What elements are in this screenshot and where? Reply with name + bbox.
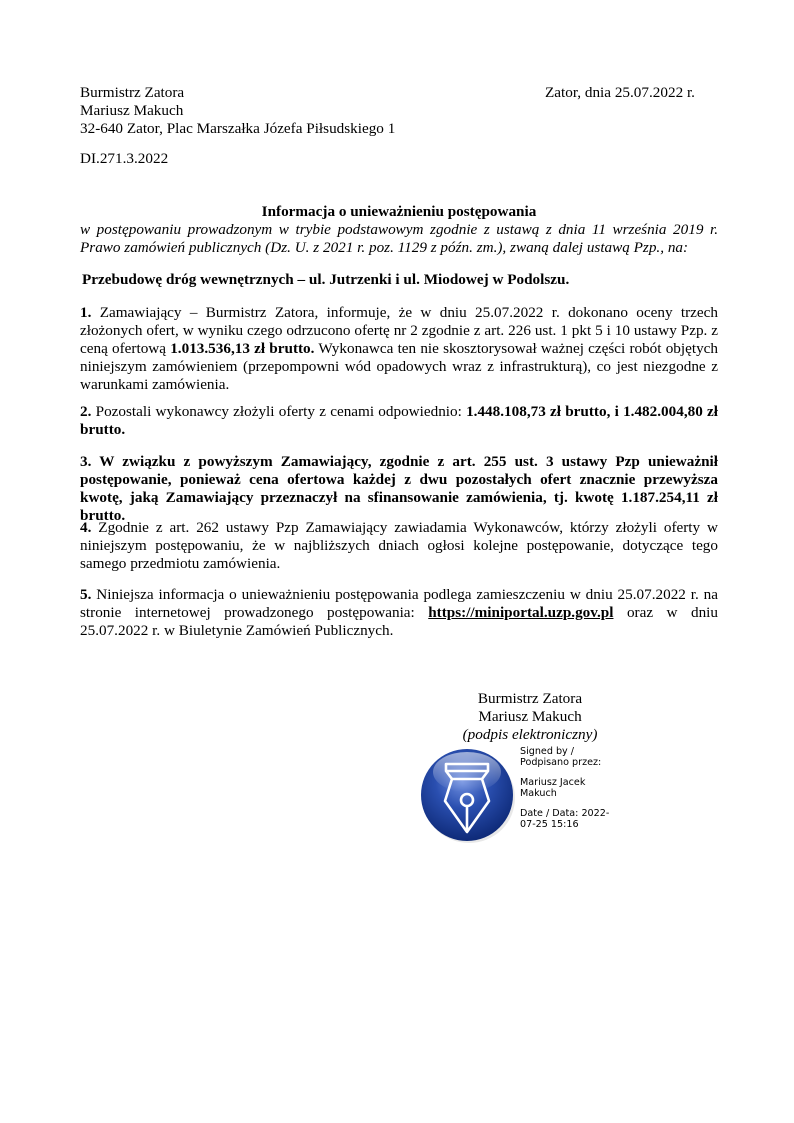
sender-address: Burmistrz Zatora Mariusz Makuch 32-640 Z…: [80, 84, 395, 138]
paragraph-text: Zgodnie z art. 262 ustawy Pzp Zamawiając…: [80, 519, 718, 572]
signature-name: Mariusz Makuch: [440, 708, 620, 726]
paragraph-number: 2.: [80, 403, 91, 420]
signature-date-line-1: Date / Data: 2022-: [520, 808, 640, 819]
signature-metadata: Signed by / Podpisano przez: Mariusz Jac…: [520, 746, 640, 830]
signer-name-line-2: Makuch: [520, 788, 640, 799]
paragraph-3: 3. W związku z powyższym Zamawiający, zg…: [80, 453, 718, 525]
sender-title: Burmistrz Zatora: [80, 84, 395, 102]
miniportal-link[interactable]: https://miniportal.uzp.gov.pl: [428, 604, 613, 621]
paragraph-1: 1. Zamawiający – Burmistrz Zatora, infor…: [80, 304, 718, 394]
paragraph-number: 5.: [80, 586, 91, 603]
paragraph-text: Pozostali wykonawcy złożyli oferty z cen…: [91, 403, 466, 420]
sender-street: 32-640 Zator, Plac Marszałka Józefa Piłs…: [80, 120, 395, 138]
signature-title: Burmistrz Zatora: [440, 690, 620, 708]
signer-name-line-1: Mariusz Jacek: [520, 777, 640, 788]
paragraph-5: 5. Niniejsza informacja o unieważnieniu …: [80, 586, 718, 640]
case-reference: DI.271.3.2022: [80, 150, 168, 168]
fountain-pen-nib-icon: [419, 746, 517, 844]
signed-by-label-pl: Podpisano przez:: [520, 757, 640, 768]
signature-note: (podpis elektroniczny): [440, 726, 620, 744]
paragraph-number: 4.: [80, 519, 91, 536]
signed-by-label: Signed by /: [520, 746, 640, 757]
paragraph-2: 2. Pozostali wykonawcy złożyli oferty z …: [80, 403, 718, 439]
place-and-date: Zator, dnia 25.07.2022 r.: [545, 84, 695, 102]
paragraph-number: 1.: [80, 304, 91, 321]
signature-date-line-2: 07-25 15:16: [520, 819, 640, 830]
procurement-subject: Przebudowę dróg wewnętrznych – ul. Jutrz…: [82, 271, 569, 289]
rejected-offer-amount: 1.013.536,13 zł brutto.: [170, 340, 314, 357]
paragraph-4: 4. Zgodnie z art. 262 ustawy Pzp Zamawia…: [80, 519, 718, 573]
sender-name: Mariusz Makuch: [80, 102, 395, 120]
signature-block: Burmistrz Zatora Mariusz Makuch (podpis …: [440, 690, 620, 744]
intro-text: w postępowaniu prowadzonym w trybie pods…: [80, 221, 718, 257]
document-title: Informacja o unieważnieniu postępowania: [80, 203, 718, 221]
